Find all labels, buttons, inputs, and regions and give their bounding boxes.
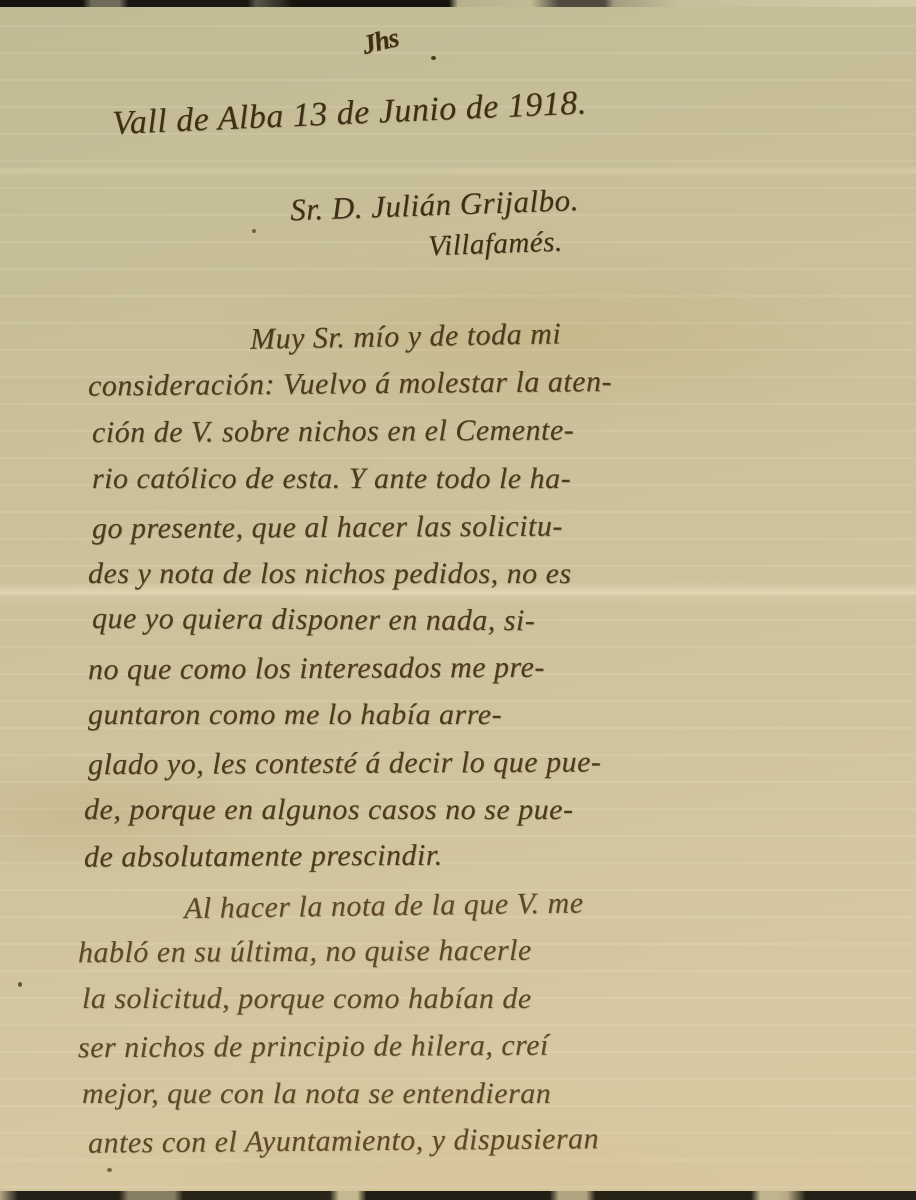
dateline: Vall de Alba 13 de Junio de 1918. xyxy=(111,71,804,147)
body-line: glado yo, les contesté á decir lo que pu… xyxy=(88,741,912,785)
body-line: rio católico de esta. Y ante todo le ha- xyxy=(92,459,907,499)
scanned-letter-page: Jhs Vall de Alba 13 de Junio de 1918. Sr… xyxy=(0,0,916,1200)
monogram-flourish: Jhs xyxy=(359,22,401,61)
body-line: de absolutamente prescindir. xyxy=(84,834,702,877)
ink-speck xyxy=(431,56,436,60)
ink-speck xyxy=(252,229,256,233)
ink-speck xyxy=(18,982,22,987)
body-line: la solicitud, porque como habían de xyxy=(82,979,912,1019)
recipient-place: Villafamés. xyxy=(427,222,563,267)
body-line: Muy Sr. mío y de toda mi xyxy=(250,308,909,359)
body-line: antes con el Ayuntamiento, y dispusieran xyxy=(88,1116,916,1163)
body-line: ción de V. sobre nichos en el Cemente- xyxy=(92,409,904,453)
scan-edge-bottom xyxy=(0,1191,916,1200)
body-line: de, porque en algunos casos no se pue- xyxy=(84,790,916,830)
scan-edge-top xyxy=(0,0,916,7)
body-line: mejor, que con la nota se entendieran xyxy=(82,1074,906,1114)
ink-speck xyxy=(107,1168,112,1172)
body-line: des y nota de los nichos pedidos, no es xyxy=(88,554,910,594)
body-line: consideración: Vuelvo á molestar la aten… xyxy=(88,359,914,406)
body-line: go presente, que al hacer las solicitu- xyxy=(92,505,900,549)
body-line: no que como los interesados me pre- xyxy=(88,646,910,690)
body-line: Al hacer la nota de la que V. me xyxy=(184,879,916,929)
body-line: ser nichos de principio de hilera, creí xyxy=(78,1024,916,1068)
body-line: que yo quiera disponer en nada, si- xyxy=(92,599,907,643)
fold-crease-upper xyxy=(0,166,916,176)
body-line: guntaron como me lo había arre- xyxy=(88,695,903,735)
recipient-line: Sr. D. Julián Grijalbo. xyxy=(289,175,704,231)
body-line: habló en su última, no quise hacerle xyxy=(78,929,916,973)
